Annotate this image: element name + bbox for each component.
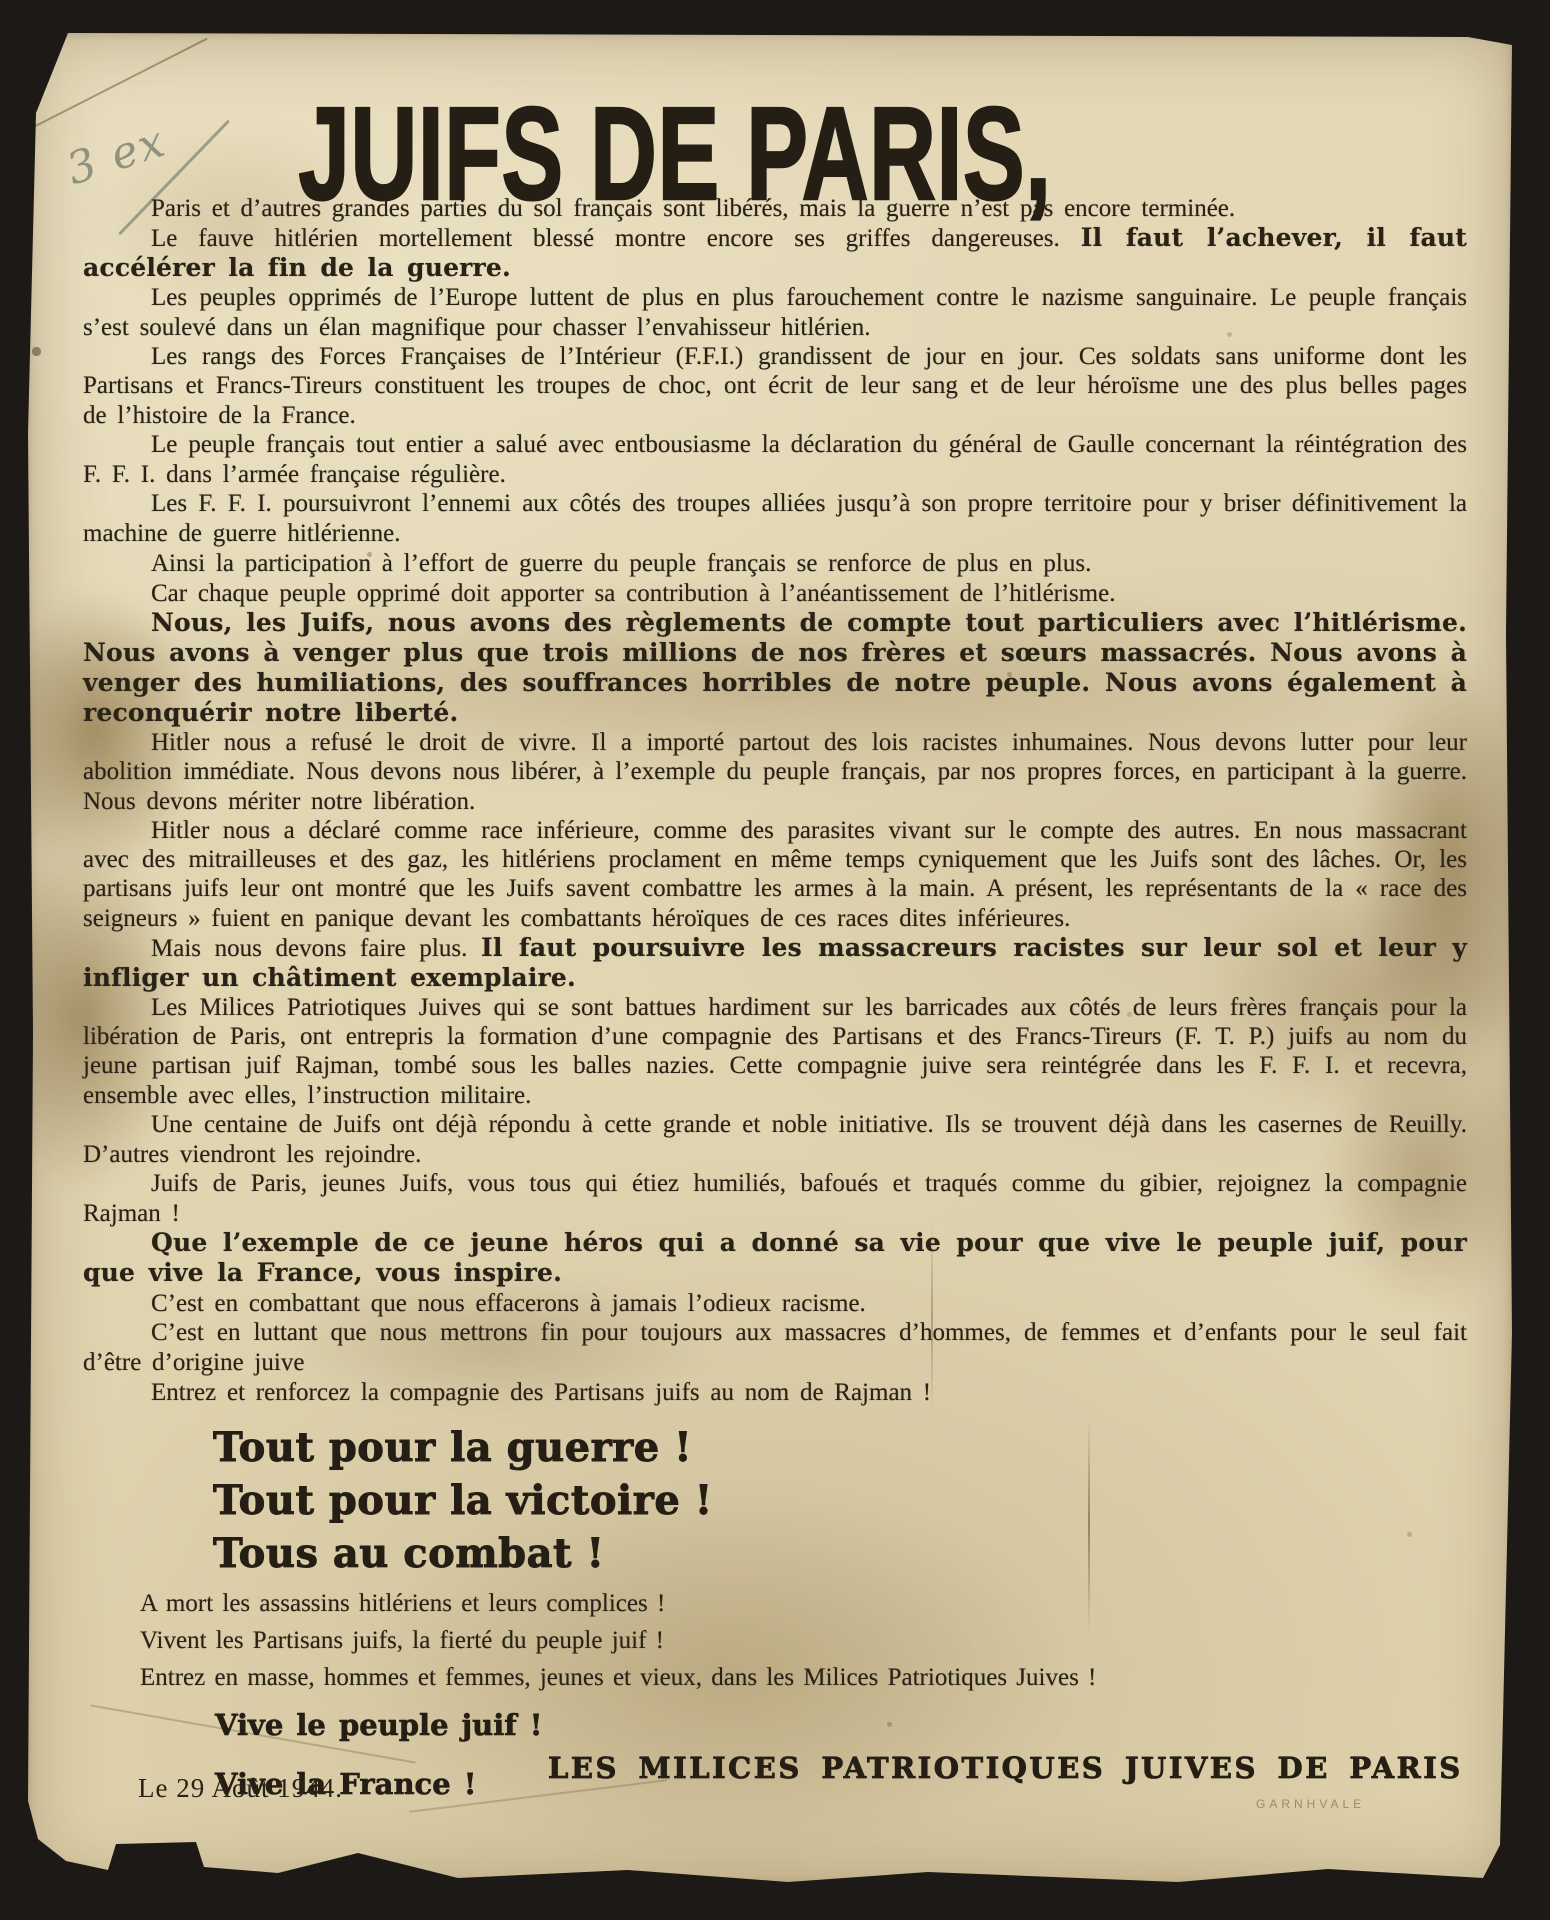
paragraph: Les peuples opprimés de l’Europe luttent… <box>83 283 1467 342</box>
paragraph: Mais nous devons faire plus. Il faut pou… <box>83 933 1467 993</box>
signature-line: LES MILICES PATRIOTIQUES JUIVES DE PARIS <box>548 1751 1463 1785</box>
paragraph: Que l’exemple de ce jeune héros qui a do… <box>83 1228 1467 1288</box>
slogan-line: Tous au combat ! <box>213 1527 713 1580</box>
paragraph-text: Paris et d’autres grandes parties du sol… <box>151 195 1235 222</box>
paragraph: Hitler nous a refusé le droit de vivre. … <box>83 728 1467 816</box>
body-text: Paris et d’autres grandes parties du sol… <box>83 193 1467 1407</box>
date-line: Le 29 Août 1944. <box>138 1773 343 1804</box>
paragraph-text: Car chaque peuple opprimé doit apporter … <box>151 580 1115 607</box>
paragraph: Les F. F. I. poursuivront l’ennemi aux c… <box>83 489 1467 548</box>
paragraph: Nous, les Juifs, nous avons des règlemen… <box>83 608 1467 728</box>
paragraph: Juifs de Paris, jeunes Juifs, vous tous … <box>83 1169 1467 1228</box>
paragraph-text: Mais nous devons faire plus. <box>151 935 481 962</box>
closing-line: Entrez en masse, hommes et femmes, jeune… <box>140 1659 1470 1696</box>
paragraph: Hitler nous a déclaré comme race inférie… <box>83 816 1467 933</box>
closing-line: A mort les assassins hitlériens et leurs… <box>140 1585 1470 1622</box>
paragraph-bold-text: Que l’exemple de ce jeune héros qui a do… <box>83 1228 1467 1287</box>
paragraph-text: Hitler nous a déclaré comme race inférie… <box>83 817 1467 932</box>
paragraph: C’est en luttant que nous mettrons fin p… <box>83 1318 1467 1377</box>
paragraph: Paris et d’autres grandes parties du sol… <box>83 193 1467 223</box>
paragraph: C’est en combattant que nous effacerons … <box>83 1288 1467 1318</box>
printer-mark: GARNHVALE <box>1256 1797 1365 1811</box>
paragraph: Entrez et renforcez la compagnie des Par… <box>83 1377 1467 1407</box>
paragraph: Le fauve hitlérien mortellement blessé m… <box>83 223 1467 283</box>
paragraph: Car chaque peuple opprimé doit apporter … <box>83 578 1467 608</box>
paragraph-text: Ainsi la participation à l’effort de gue… <box>151 550 1091 577</box>
paragraph-text: C’est en combattant que nous effacerons … <box>151 1290 866 1317</box>
paragraph-text: Hitler nous a refusé le droit de vivre. … <box>83 729 1467 815</box>
paragraph-text: Une centaine de Juifs ont déjà répondu à… <box>83 1111 1467 1168</box>
paragraph-text: C’est en luttant que nous mettrons fin p… <box>83 1319 1467 1376</box>
vive-line: Vive le peuple juif ! <box>215 1707 1470 1744</box>
closing-line: Vivent les Partisans juifs, la fierté du… <box>140 1622 1470 1659</box>
paragraph-text: Les peuples opprimés de l’Europe luttent… <box>83 284 1467 341</box>
footer: Le 29 Août 1944. LES MILICES PATRIOTIQUE… <box>28 1745 1512 1865</box>
paragraph-text: Les F. F. I. poursuivront l’ennemi aux c… <box>83 490 1467 547</box>
paragraph-text: Le peuple français tout entier a salué a… <box>83 431 1467 488</box>
poster-paper: 3 ex JUIFS DE PARIS, Paris et d’autres g… <box>28 33 1512 1885</box>
paragraph-text: Les rangs des Forces Françaises de l’Int… <box>83 343 1467 429</box>
paragraph: Les rangs des Forces Françaises de l’Int… <box>83 342 1467 430</box>
paper-specks <box>28 33 31 36</box>
paragraph-text: Entrez et renforcez la compagnie des Par… <box>151 1379 931 1406</box>
paragraph-text: Les Milices Patriotiques Juives qui se s… <box>83 994 1467 1109</box>
paragraph: Ainsi la participation à l’effort de gue… <box>83 548 1467 578</box>
paragraph: Le peuple français tout entier a salué a… <box>83 430 1467 489</box>
document-scan: 3 ex JUIFS DE PARIS, Paris et d’autres g… <box>0 0 1550 1920</box>
slogan-block: Tout pour la guerre ! Tout pour la victo… <box>213 1421 713 1580</box>
slogan-line: Tout pour la guerre ! <box>213 1421 713 1474</box>
slogan-line: Tout pour la victoire ! <box>213 1474 713 1527</box>
paragraph-text: Le fauve hitlérien mortellement blessé m… <box>151 225 1081 252</box>
paragraph-bold-text: Nous, les Juifs, nous avons des règlemen… <box>83 608 1467 727</box>
paragraph: Une centaine de Juifs ont déjà répondu à… <box>83 1110 1467 1169</box>
paragraph: Les Milices Patriotiques Juives qui se s… <box>83 993 1467 1110</box>
paragraph-text: Juifs de Paris, jeunes Juifs, vous tous … <box>83 1170 1467 1227</box>
